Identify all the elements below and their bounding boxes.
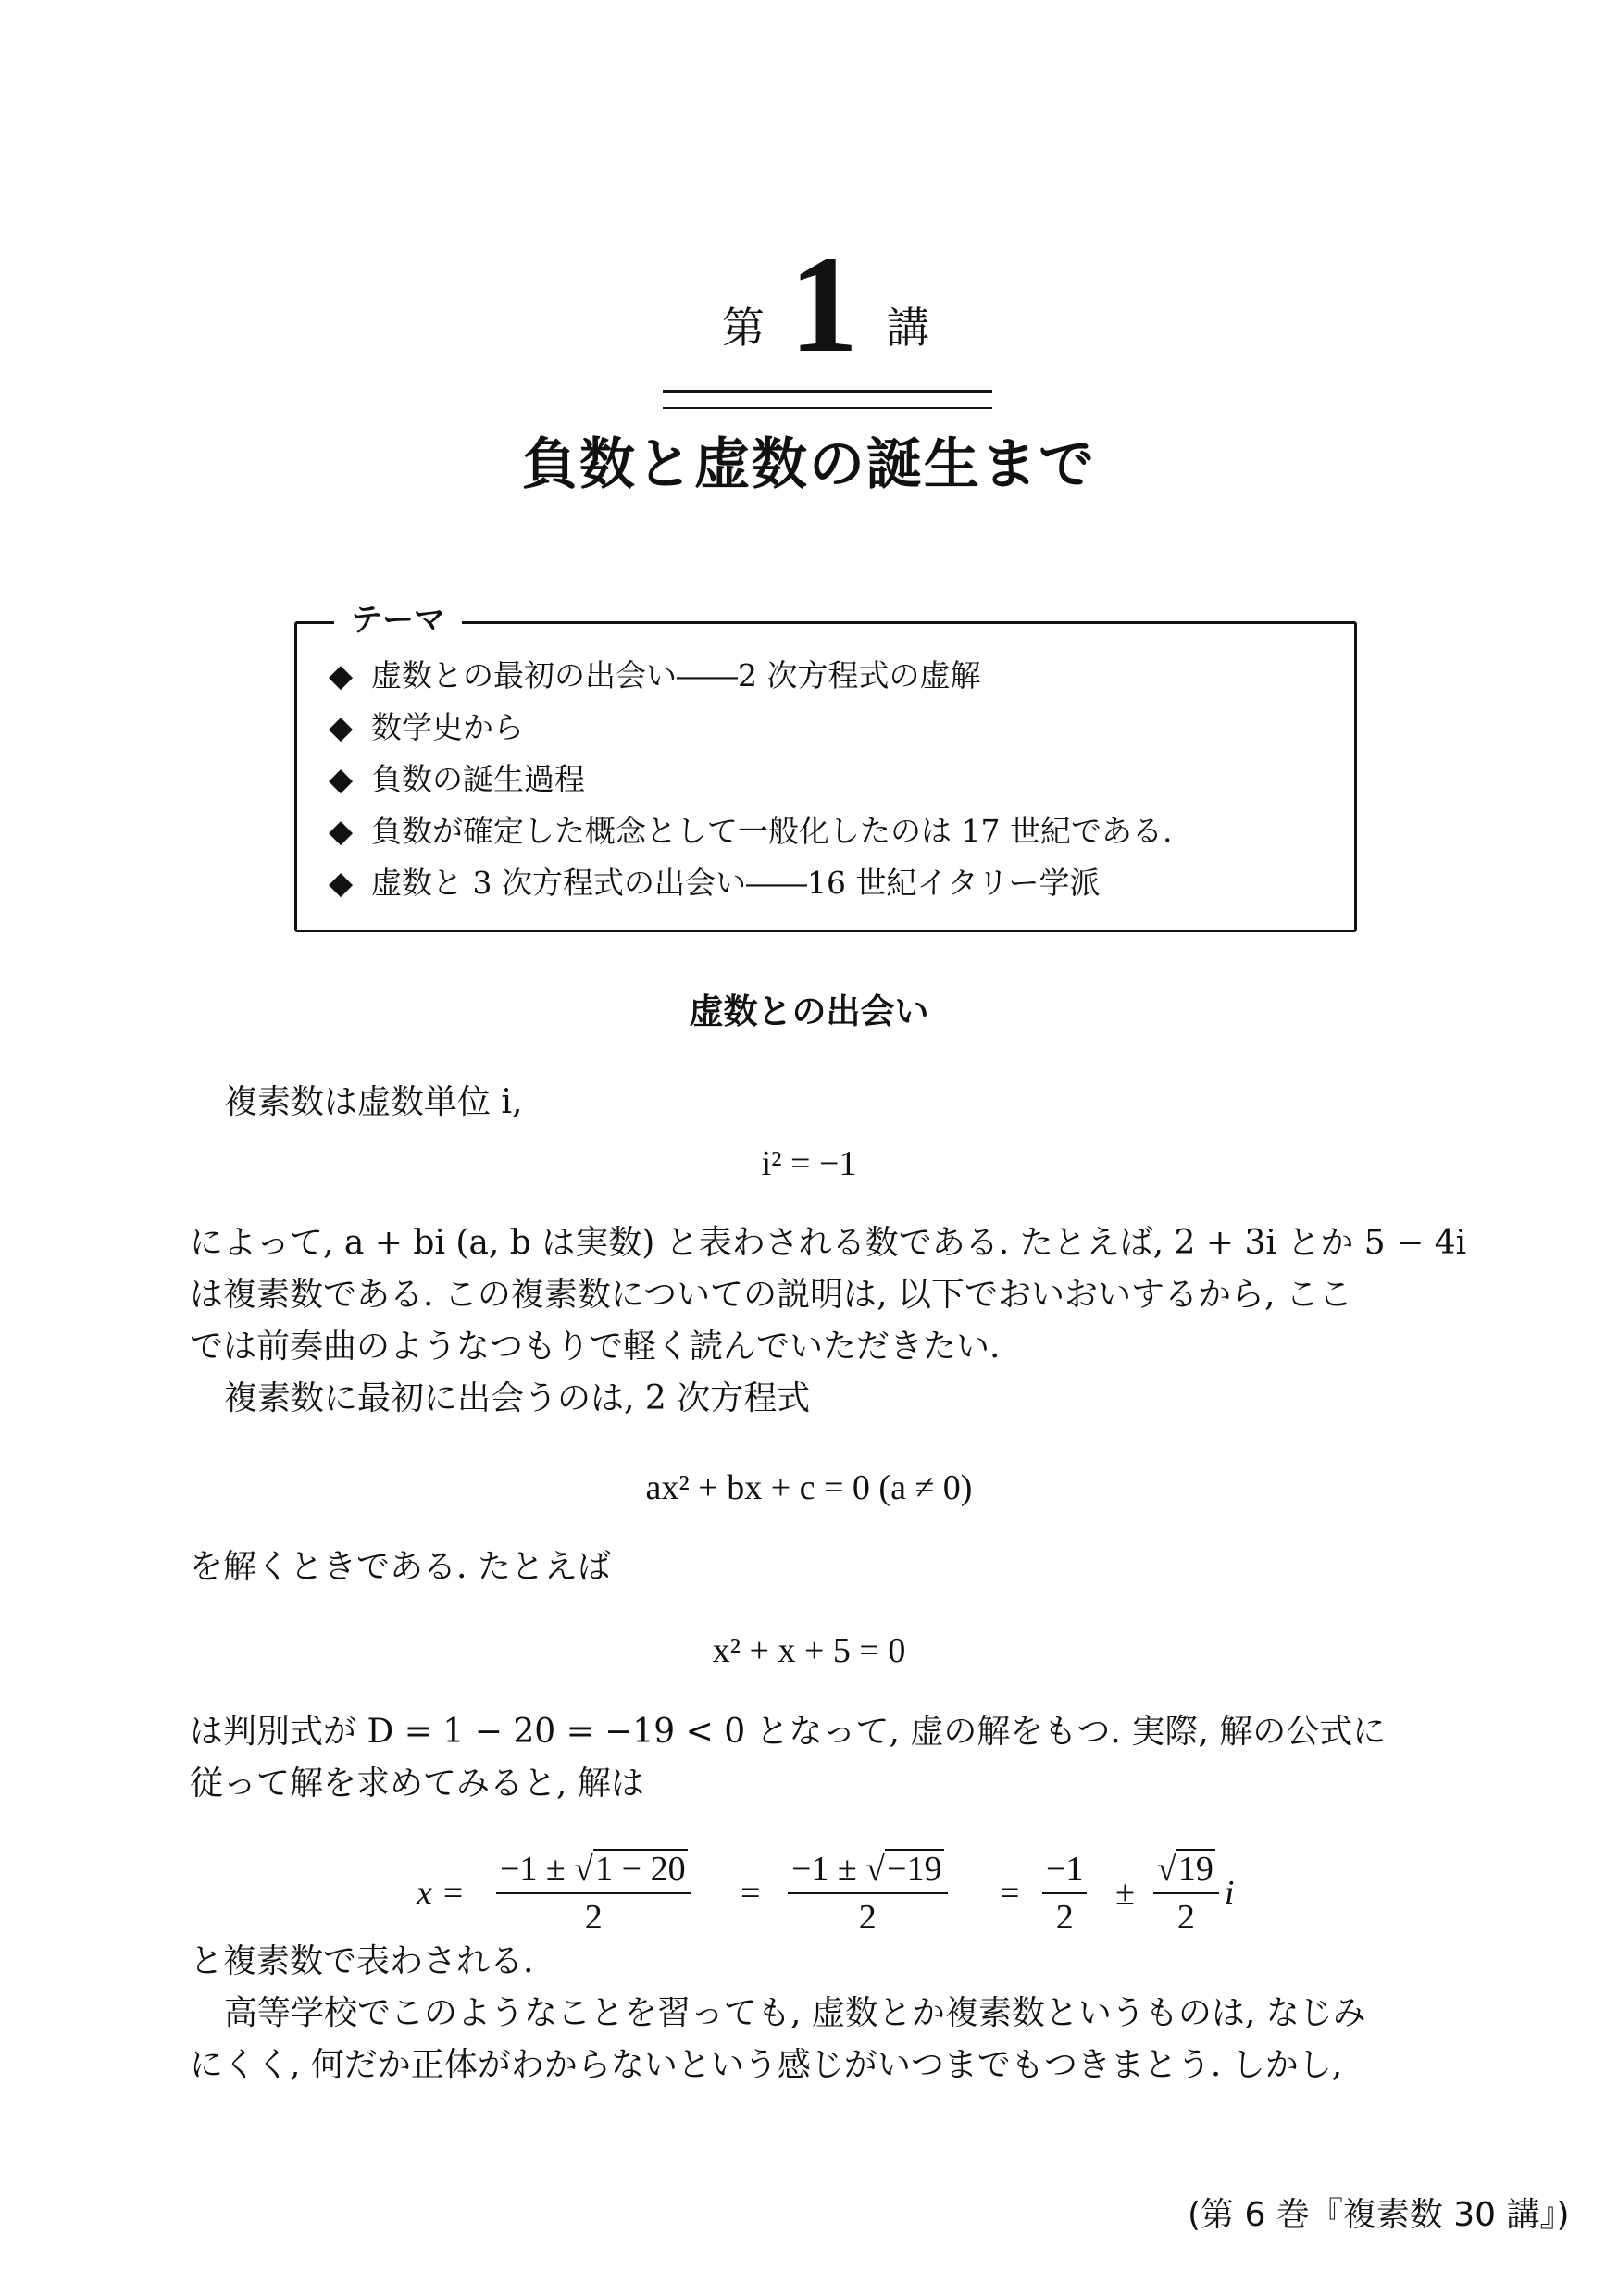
fraction: −1 ± √1 − 20 2 — [496, 1846, 691, 1940]
body-text-line: 従って解を求めてみると, 解は — [190, 1761, 1467, 1807]
body-text-line: にくく, 何だか正体がわからないという感じがいつまでもつきまとう. しかし, — [190, 2042, 1467, 2089]
diamond-bullet-icon: ◆ — [329, 702, 371, 754]
chapter-header: 第 1 講 — [648, 243, 1000, 381]
section-heading: 虚数との出会い — [0, 989, 1618, 1035]
theme-item: ◆虚数との最初の出会い――2 次方程式の虚解 — [329, 650, 1172, 702]
chapter-prefix: 第 — [722, 300, 765, 356]
equation-quadratic-solution: x = −1 ± √1 − 20 2 = −1 ± √−19 2 = −1 2 … — [407, 1833, 1240, 1953]
chapter-title: 負数と虚数の誕生まで — [0, 428, 1618, 502]
equation-quadratic-general: ax² + bx + c = 0 (a ≠ 0) — [0, 1465, 1618, 1511]
body-text-line: では前奏曲のようなつもりで軽く読んでいただきたい. — [190, 1324, 1467, 1370]
diamond-bullet-icon: ◆ — [329, 754, 371, 805]
fraction: −1 2 — [1042, 1846, 1087, 1940]
diamond-bullet-icon: ◆ — [329, 857, 371, 909]
theme-item: ◆虚数と 3 次方程式の出会い――16 世紀イタリー学派 — [329, 857, 1172, 909]
source-citation: (第 6 巻『複素数 30 講』) — [1188, 2192, 1570, 2239]
fraction: √19 2 — [1153, 1846, 1219, 1940]
body-text-line: と複素数で表わされる. — [190, 1939, 1467, 1985]
theme-box: テーマ ◆虚数との最初の出会い――2 次方程式の虚解 ◆数学史から ◆負数の誕生… — [294, 621, 1357, 932]
chapter-suffix: 講 — [887, 300, 929, 356]
body-text-line: 複素数は虚数単位 i, — [224, 1079, 1501, 1126]
theme-label: テーマ — [334, 596, 462, 644]
theme-item: ◆数学史から — [329, 702, 1172, 754]
chapter-number: 1 — [787, 235, 861, 374]
theme-item: ◆負数が確定した概念として一般化したのは 17 世紀である. — [329, 805, 1172, 857]
body-text-line: 高等学校でこのようなことを習っても, 虚数とか複素数というものは, なじみ — [224, 1990, 1501, 2037]
fraction: −1 ± √−19 2 — [788, 1846, 948, 1940]
body-text-line: 複素数に最初に出会うのは, 2 次方程式 — [224, 1376, 1501, 1422]
diamond-bullet-icon: ◆ — [329, 650, 371, 702]
equation-i-squared: i² = −1 — [0, 1141, 1618, 1187]
equation-quadratic-example: x² + x + 5 = 0 — [0, 1628, 1618, 1674]
theme-list: ◆虚数との最初の出会い――2 次方程式の虚解 ◆数学史から ◆負数の誕生過程 ◆… — [329, 650, 1172, 909]
diamond-bullet-icon: ◆ — [329, 805, 371, 857]
theme-item: ◆負数の誕生過程 — [329, 754, 1172, 805]
body-text-line: によって, a + bi (a, b は実数) と表わされる数である. たとえば… — [190, 1220, 1467, 1267]
body-text-line: は複素数である. この複素数についての説明は, 以下でおいおいするから, ここ — [190, 1272, 1467, 1318]
body-text-line: は判別式が D = 1 − 20 = −19 < 0 となって, 虚の解をもつ.… — [190, 1709, 1467, 1755]
header-rule-thick — [663, 390, 992, 393]
header-rule-thin — [663, 407, 992, 409]
body-text-line: を解くときである. たとえば — [190, 1544, 1467, 1591]
